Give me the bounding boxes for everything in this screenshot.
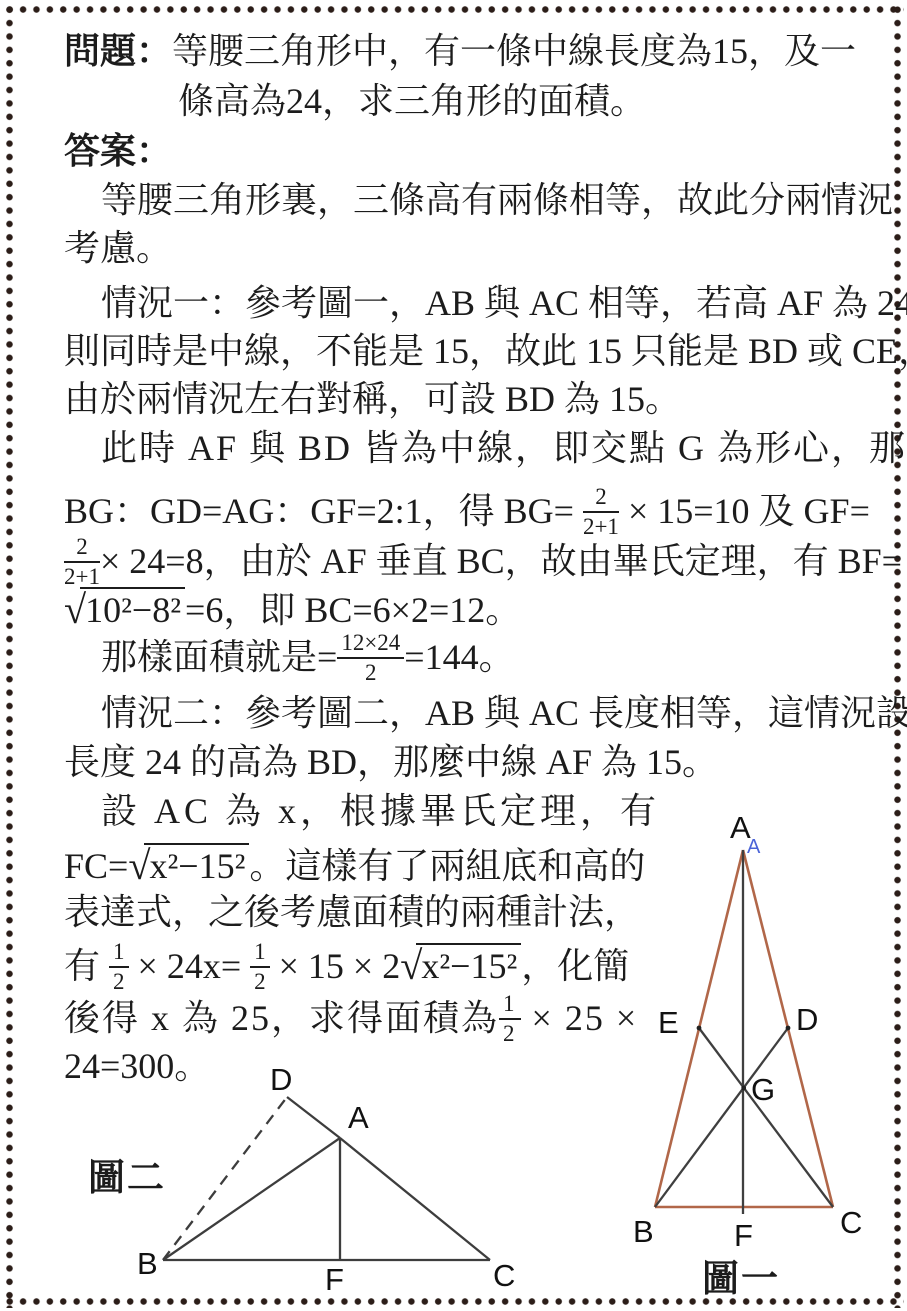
- ratio-pre: BG：GD=AG：GF=2:1，得 BG=: [64, 491, 583, 531]
- fraction-half-3: 12: [499, 991, 521, 1047]
- answer-label: 答案：: [64, 130, 172, 173]
- fraction-numerator: 1: [499, 991, 521, 1020]
- fig1-label-b: B: [633, 1214, 654, 1249]
- fig1-label-e: E: [658, 1005, 679, 1040]
- problem-label: 問題：: [64, 31, 172, 71]
- math-ratio-line: BG：GD=AG：GF=2:1，得 BG= 22+1 × 15=10 及 GF=: [64, 487, 870, 543]
- radical-sign: √: [64, 586, 86, 634]
- eq-post: ，化簡: [521, 946, 629, 986]
- radicand: x²−15²: [144, 843, 249, 887]
- area2-pre: 後得 x 為 25，求得面積為: [64, 998, 499, 1038]
- fig2-label-b: B: [137, 1246, 158, 1281]
- area2-post: × 25 ×: [521, 998, 639, 1038]
- figure-1: A A E D G B F C: [630, 790, 900, 1300]
- worksheet-page: 問題：等腰三角形中，有一條中線長度為15，及一 條高為24，求三角形的面積。 答…: [0, 0, 907, 1311]
- fraction-denominator: 2: [499, 1020, 521, 1047]
- case2-line-5: 表達式，之後考慮面積的兩種計法，: [64, 891, 640, 934]
- fraction-numerator: 1: [109, 939, 129, 968]
- case1-line-3: 由於兩情況左右對稱，可設 BD 為 15。: [64, 378, 681, 421]
- fig2-label-f: F: [325, 1262, 344, 1297]
- fig2-side-ac: [340, 1138, 490, 1260]
- area1-post: =144。: [404, 637, 514, 677]
- fig1-label-d: D: [796, 1002, 818, 1037]
- fc-post: 。這樣有了兩組底和高的: [249, 846, 645, 886]
- sqrt-expression: √x²−15²: [400, 941, 521, 989]
- dotted-border-left: [3, 3, 16, 1308]
- ratio-post: × 15=10 及 GF=: [619, 491, 870, 531]
- fraction-denominator: 2: [109, 968, 129, 995]
- figure-2-caption: 圖二: [88, 1147, 166, 1201]
- problem-text-1: 等腰三角形中，有一條中線長度為15，及一: [172, 31, 856, 71]
- fig1-median-ce: [699, 1028, 833, 1207]
- fig1-point-d: [786, 1026, 791, 1031]
- fig2-extension-da: [287, 1097, 340, 1138]
- fraction-numerator: 2: [64, 534, 100, 563]
- fig2-height-bd-dashed: [163, 1097, 287, 1260]
- dotted-border-top: [3, 3, 904, 16]
- math-area2-line: 後得 x 為 25，求得面積為12 × 25 ×: [64, 994, 638, 1050]
- sqrt-expression: √x²−15²: [128, 841, 249, 889]
- math-area1-line: 那樣面積就是=12×242=144。: [64, 633, 515, 689]
- case1-line-2: 則同時是中線，不能是 15，故此 15 只能是 BD 或 CE，: [64, 330, 907, 373]
- case1-line-1: 情況一：參考圖一，AB 與 AC 相等，若高 AF 為 24，: [64, 282, 907, 325]
- fig2-side-ba: [163, 1138, 340, 1260]
- radicand: 10²−8²: [80, 587, 185, 631]
- fraction-denominator: 2+1: [583, 513, 619, 540]
- fraction-denominator: 2: [337, 659, 404, 686]
- fraction-area: 12×242: [337, 630, 404, 686]
- sqrt-expression: √10²−8²: [64, 585, 185, 633]
- fraction-numerator: 1: [250, 939, 270, 968]
- fraction-denominator: 2: [250, 968, 270, 995]
- case2-line-3: 設 AC 為 x，根據畢氏定理，有: [64, 790, 660, 833]
- fc-pre: FC=: [64, 846, 128, 886]
- bf-post: =6，即 BC=6×2=12。: [185, 590, 521, 630]
- fig1-label-c: C: [840, 1205, 862, 1240]
- case1-line-4: 此時 AF 與 BD 皆為中線，即交點 G 為形心，那麼: [64, 427, 907, 470]
- fig1-median-bd: [655, 1028, 788, 1207]
- math-bf-line: √10²−8²=6，即 BC=6×2=12。: [64, 585, 521, 633]
- radicand: x²−15²: [416, 943, 521, 987]
- radical-sign: √: [400, 942, 422, 990]
- math-equation-line: 有 12 × 24x= 12 × 15 × 2√x²−15²，化簡: [64, 941, 629, 997]
- problem-text-2: 條高為24，求三角形的面積。: [178, 81, 646, 121]
- case2-line-1: 情況二：參考圖二，AB 與 AC 長度相等，這情況設: [64, 692, 907, 735]
- area1-pre: 那樣面積就是=: [101, 637, 337, 677]
- problem-line-1: 問題：等腰三角形中，有一條中線長度為15，及一: [64, 30, 856, 73]
- fraction-half: 12: [109, 939, 129, 995]
- fig1-label-g: G: [751, 1072, 775, 1107]
- figure-1-caption: 圖一: [702, 1248, 780, 1302]
- fig1-point-g: [741, 1086, 746, 1091]
- fraction-half-2: 12: [250, 939, 270, 995]
- intro-line-2: 考慮。: [64, 227, 172, 270]
- gf-post: × 24=8，由於 AF 垂直 BC，故由畢氏定理，有 BF=: [100, 541, 902, 581]
- case2-line-2: 長度 24 的高為 BD，那麼中線 AF 為 15。: [64, 741, 718, 784]
- math-fc-line: FC=√x²−15²。這樣有了兩組底和高的: [64, 841, 645, 889]
- figure-1-drawing: A A E D G B F C: [630, 790, 900, 1295]
- fig1-point-e: [697, 1026, 702, 1031]
- eq-pre: 有: [64, 946, 109, 986]
- problem-line-2: 條高為24，求三角形的面積。: [178, 80, 646, 123]
- fig2-label-a: A: [348, 1100, 369, 1135]
- fig2-label-d: D: [270, 1062, 292, 1097]
- eq-mid-2: × 15 × 2: [270, 946, 401, 986]
- radical-sign: √: [128, 842, 150, 890]
- fraction-numerator: 12×24: [337, 630, 404, 659]
- fraction-two-thirds: 22+1: [583, 484, 619, 540]
- fraction-two-thirds-2: 22+1: [64, 534, 100, 590]
- fig1-label-a-blue: A: [747, 836, 761, 858]
- fraction-numerator: 2: [583, 484, 619, 513]
- intro-line-1: 等腰三角形裏，三條高有兩條相等，故此分兩情況: [64, 179, 893, 222]
- eq-mid: × 24x=: [129, 946, 251, 986]
- fig2-label-c: C: [493, 1258, 515, 1293]
